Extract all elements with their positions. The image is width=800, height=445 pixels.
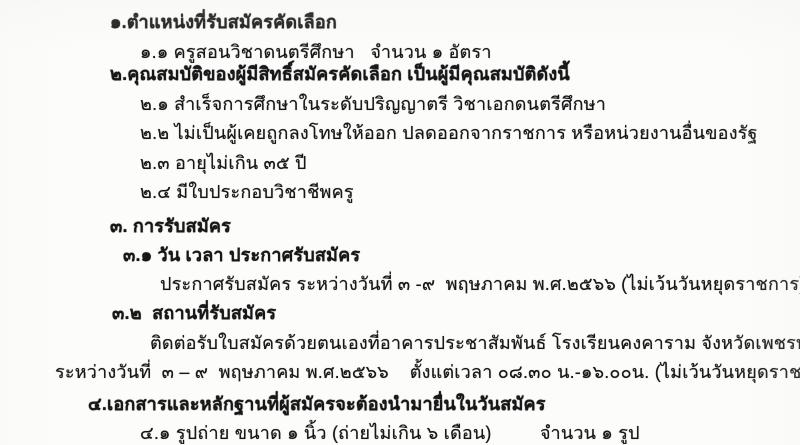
scanned-document-page: ๑.ตำแหน่งที่รับสมัครคัดเลือก ๑.๑ ครูสอนว… [0, 0, 800, 445]
item-2-2-not-dismissed: ๒.๒ ไม่เป็นผู้เคยถูกลงโทษให้ออก ปลดออกจา… [140, 121, 758, 145]
item-3-2-application-place: ๓.๒ สถานที่รับสมัคร [112, 301, 276, 325]
section-2-heading-qualifications: ๒.คุณสมบัติของผู้มีสิทธิ์สมัครคัดเลือก เ… [110, 62, 570, 86]
item-2-3-age-limit: ๒.๓ อายุไม่เกิน ๓๕ ปี [140, 151, 307, 175]
item-4-1-photo-requirement: ๔.๑ รูปถ่าย ขนาด ๑ นิ้ว (ถ่ายไม่เกิน ๖ เ… [140, 421, 492, 445]
item-3-1-detail-announcement-period: ประกาศรับสมัคร ระหว่างวันที่ ๓ -๙ พฤษภาค… [160, 272, 800, 296]
item-3-1-announcement-date-time: ๓.๑ วัน เวลา ประกาศรับสมัคร [123, 243, 360, 267]
item-4-1-photo-count: จำนวน ๑ รูป [540, 421, 640, 445]
item-2-4-teaching-license: ๒.๔ มีใบประกอบวิชาชีพครู [140, 180, 354, 204]
section-4-heading-required-documents: ๔.เอกสารและหลักฐานที่ผู้สมัครจะต้องนำมาย… [88, 392, 546, 416]
item-3-2-detail-contact-location: ติดต่อรับใบสมัครด้วยตนเองที่อาคารประชาสั… [150, 331, 800, 355]
item-1-1-music-teacher-position: ๑.๑ ครูสอนวิชาดนตรีศึกษา จำนวน ๑ อัตรา [140, 40, 492, 64]
item-2-1-bachelor-degree: ๒.๑ สำเร็จการศึกษาในระดับปริญญาตรี วิชาเ… [140, 92, 606, 116]
section-3-heading-application: ๓. การรับสมัคร [110, 214, 231, 238]
section-1-heading-position: ๑.ตำแหน่งที่รับสมัครคัดเลือก [110, 10, 337, 34]
item-3-2-detail-dates-hours: ระหว่างวันที่ ๓ – ๙ พฤษภาคม พ.ศ.๒๕๖๖ ตั้… [55, 360, 800, 384]
